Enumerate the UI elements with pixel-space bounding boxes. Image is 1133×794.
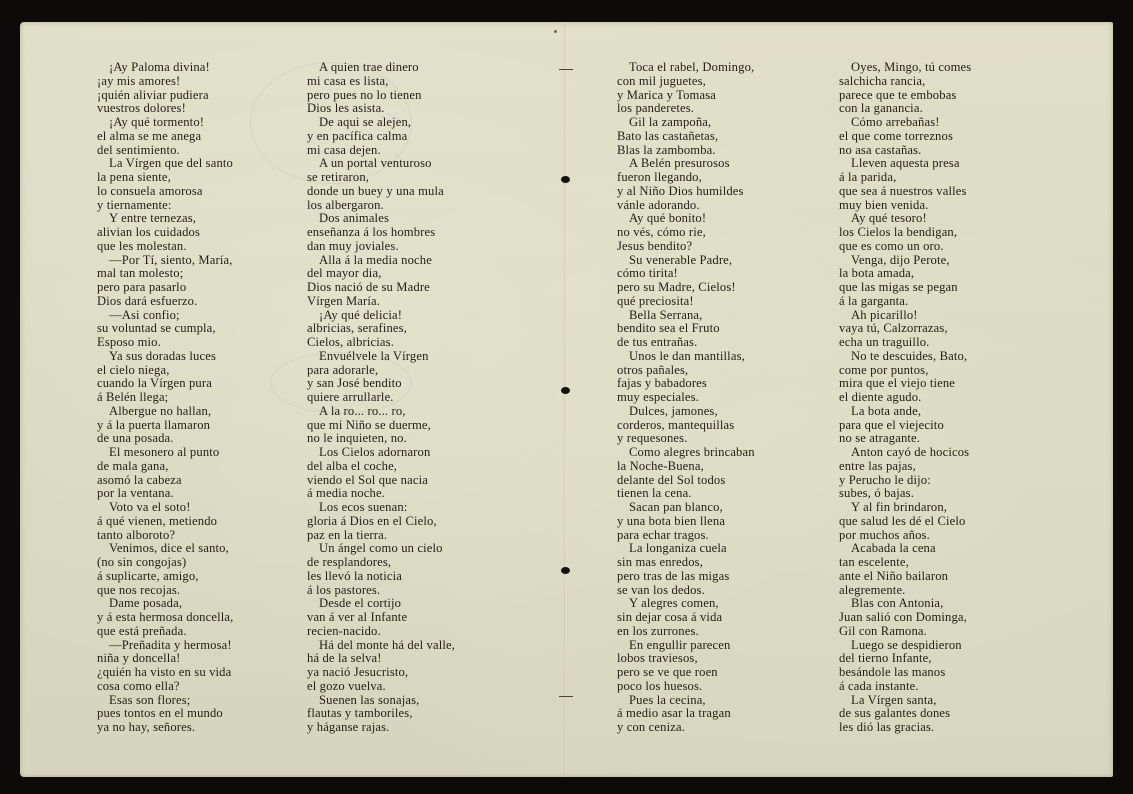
verse-line: á cada instante. xyxy=(839,680,971,694)
verse-line: el diente agudo. xyxy=(839,391,971,405)
verse-line: pero se ve que roen xyxy=(617,666,755,680)
verse-column-2: A quien trae dineromi casa es lista,pero… xyxy=(307,61,455,735)
verse-line: alegremente. xyxy=(839,584,971,598)
verse-line: no vés, cómo rie, xyxy=(617,226,755,240)
verse-line: que está preñada. xyxy=(97,625,233,639)
verse-line: alivian los cuidados xyxy=(97,226,233,240)
verse-line: albricias, serafines, xyxy=(307,322,455,336)
verse-line: por la ventana. xyxy=(97,487,233,501)
verse-line: y una bota bien llena xyxy=(617,515,755,529)
paper-sheet: ¡Ay Paloma divina!¡ay mis amores!¡quién … xyxy=(20,22,1113,777)
verse-line: Su venerable Padre, xyxy=(617,254,755,268)
verse-line: que las migas se pegan xyxy=(839,281,971,295)
verse-line: fueron llegando, xyxy=(617,171,755,185)
verse-line: no se atragante. xyxy=(839,432,971,446)
verse-line: En engullir parecen xyxy=(617,639,755,653)
verse-line: donde un buey y una mula xyxy=(307,185,455,199)
verse-line: parece que te embobas xyxy=(839,89,971,103)
verse-line: mal tan molesto; xyxy=(97,267,233,281)
center-fold xyxy=(564,22,566,777)
verse-line: Blas con Antonia, xyxy=(839,597,971,611)
fold-mark xyxy=(559,69,573,70)
verse-line: que sea á nuestros valles xyxy=(839,185,971,199)
verse-line: ¿quién ha visto en su vida xyxy=(97,666,233,680)
verse-line: mi casa dejen. xyxy=(307,144,455,158)
verse-line: de mala gana, xyxy=(97,460,233,474)
verse-line: los panderetes. xyxy=(617,102,755,116)
verse-line: Luego se despidieron xyxy=(839,639,971,653)
verse-line: No te descuides, Bato, xyxy=(839,350,971,364)
verse-line: del tierno Infante, xyxy=(839,652,971,666)
verse-line: y en pacífica calma xyxy=(307,130,455,144)
verse-line: ¡Ay Paloma divina! xyxy=(97,61,233,75)
verse-line: paz en la tierra. xyxy=(307,529,455,543)
verse-line: Y alegres comen, xyxy=(617,597,755,611)
verse-line: se retiraron, xyxy=(307,171,455,185)
verse-line: cuando la Vírgen pura xyxy=(97,377,233,391)
verse-line: Gil la zampoña, xyxy=(617,116,755,130)
verse-line: ya no hay, señores. xyxy=(97,721,233,735)
verse-line: Cómo arrebañas! xyxy=(839,116,971,130)
verse-line: la pena siente, xyxy=(97,171,233,185)
verse-line: Oyes, Mingo, tú comes xyxy=(839,61,971,75)
verse-line: Pues la cecina, xyxy=(617,694,755,708)
verse-line: tienen la cena. xyxy=(617,487,755,501)
verse-line: ¡ay mis amores! xyxy=(97,75,233,89)
verse-line: que salud les dé el Cielo xyxy=(839,515,971,529)
verse-line: flautas y tamboriles, xyxy=(307,707,455,721)
verse-line: La longaniza cuela xyxy=(617,542,755,556)
verse-line: Voto va el soto! xyxy=(97,501,233,515)
verse-line: corderos, mantequillas xyxy=(617,419,755,433)
verse-line: en los zurrones. xyxy=(617,625,755,639)
verse-line: pues tontos en el mundo xyxy=(97,707,233,721)
verse-line: que es como un oro. xyxy=(839,240,971,254)
verse-line: —Preñadita y hermosa! xyxy=(97,639,233,653)
verse-line: recien-nacido. xyxy=(307,625,455,639)
verse-line: y san José bendito xyxy=(307,377,455,391)
verse-line: ¡quién aliviar pudiera xyxy=(97,89,233,103)
verse-line: asomó la cabeza xyxy=(97,474,233,488)
verse-line: entre las pajas, xyxy=(839,460,971,474)
verse-line: pero para pasarlo xyxy=(97,281,233,295)
verse-line: lobos traviesos, xyxy=(617,652,755,666)
verse-line: no le inquieten, no. xyxy=(307,432,455,446)
verse-line: Dios nació de su Madre xyxy=(307,281,455,295)
verse-line: Dios les asista. xyxy=(307,102,455,116)
verse-column-4: Oyes, Mingo, tú comessalchicha rancia,pa… xyxy=(839,61,971,735)
verse-line: á la parida, xyxy=(839,171,971,185)
verse-line: Dame posada, xyxy=(97,597,233,611)
verse-line: que nos recojas. xyxy=(97,584,233,598)
verse-line: subes, ó bajas. xyxy=(839,487,971,501)
verse-line: Sacan pan blanco, xyxy=(617,501,755,515)
verse-line: y á esta hermosa doncella, xyxy=(97,611,233,625)
verse-line: Jesus bendito? xyxy=(617,240,755,254)
verse-line: la bota amada, xyxy=(839,267,971,281)
verse-line: Dos animales xyxy=(307,212,455,226)
verse-line: Acabada la cena xyxy=(839,542,971,556)
verse-line: cosa como ella? xyxy=(97,680,233,694)
verse-line: para adorarle, xyxy=(307,364,455,378)
verse-line: su voluntad se cumpla, xyxy=(97,322,233,336)
verse-line: vaya tú, Calzorrazas, xyxy=(839,322,971,336)
verse-line: Ay qué tesoro! xyxy=(839,212,971,226)
verse-line: á suplicarte, amigo, xyxy=(97,570,233,584)
verse-line: Suenen las sonajas, xyxy=(307,694,455,708)
verse-line: y háganse rajas. xyxy=(307,721,455,735)
verse-line: besándole las manos xyxy=(839,666,971,680)
verse-line: del mayor dia, xyxy=(307,267,455,281)
verse-line: ya nació Jesucristo, xyxy=(307,666,455,680)
verse-line: de una posada. xyxy=(97,432,233,446)
verse-column-3: Toca el rabel, Domingo,con mil juguetes,… xyxy=(617,61,755,735)
verse-line: Los ecos suenan: xyxy=(307,501,455,515)
verse-line: Ay qué bonito! xyxy=(617,212,755,226)
verse-line: y Marica y Tomasa xyxy=(617,89,755,103)
verse-line: Como alegres brincaban xyxy=(617,446,755,460)
verse-line: lo consuela amorosa xyxy=(97,185,233,199)
verse-line: Lleven aquesta presa xyxy=(839,157,971,171)
verse-line: pero su Madre, Cielos! xyxy=(617,281,755,295)
verse-line: há de la selva! xyxy=(307,652,455,666)
verse-line: ¡Ay qué tormento! xyxy=(97,116,233,130)
verse-line: bendito sea el Fruto xyxy=(617,322,755,336)
verse-line: dan muy joviales. xyxy=(307,240,455,254)
verse-line: vuestros dolores! xyxy=(97,102,233,116)
verse-line: Esposo mio. xyxy=(97,336,233,350)
binding-hole xyxy=(561,567,570,574)
verse-line: Gil con Ramona. xyxy=(839,625,971,639)
verse-line: —Asi confio; xyxy=(97,309,233,323)
verse-line: Un ángel como un cielo xyxy=(307,542,455,556)
verse-line: Esas son flores; xyxy=(97,694,233,708)
verse-line: Albergue no hallan, xyxy=(97,405,233,419)
verse-line: de tus entrañas. xyxy=(617,336,755,350)
verse-line: Há del monte há del valle, xyxy=(307,639,455,653)
verse-line: Dulces, jamones, xyxy=(617,405,755,419)
verse-line: pero tras de las migas xyxy=(617,570,755,584)
verse-line: otros pañales, xyxy=(617,364,755,378)
verse-line: delante del Sol todos xyxy=(617,474,755,488)
verse-line: del alba el coche, xyxy=(307,460,455,474)
verse-line: se van los dedos. xyxy=(617,584,755,598)
verse-line: Anton cayó de hocicos xyxy=(839,446,971,460)
verse-line: Y al fin brindaron, xyxy=(839,501,971,515)
verse-line: Juan salió con Dominga, xyxy=(839,611,971,625)
verse-line: los Cielos la bendigan, xyxy=(839,226,971,240)
verse-line: á la garganta. xyxy=(839,295,971,309)
verse-line: La Vírgen santa, xyxy=(839,694,971,708)
verse-line: niña y doncella! xyxy=(97,652,233,666)
verse-line: para que el viejecito xyxy=(839,419,971,433)
verse-line: La bota ande, xyxy=(839,405,971,419)
verse-line: Vírgen María. xyxy=(307,295,455,309)
verse-line: Los Cielos adornaron xyxy=(307,446,455,460)
binding-hole xyxy=(561,387,570,394)
verse-line: el cielo niega, xyxy=(97,364,233,378)
verse-line: á Belén llega; xyxy=(97,391,233,405)
verse-line: de sus galantes dones xyxy=(839,707,971,721)
verse-line: Envuélvele la Vírgen xyxy=(307,350,455,364)
verse-line: que mi Niño se duerme, xyxy=(307,419,455,433)
verse-line: Unos le dan mantillas, xyxy=(617,350,755,364)
verse-line: Desde el cortijo xyxy=(307,597,455,611)
verse-line: Dios dará esfuerzo. xyxy=(97,295,233,309)
verse-line: con mil juguetes, xyxy=(617,75,755,89)
verse-line: para echar tragos. xyxy=(617,529,755,543)
verse-line: que les molestan. xyxy=(97,240,233,254)
verse-line: les dió las gracias. xyxy=(839,721,971,735)
verse-line: Bella Serrana, xyxy=(617,309,755,323)
verse-line: La Vírgen que del santo xyxy=(97,157,233,171)
verse-line: fajas y babadores xyxy=(617,377,755,391)
verse-line: Alla á la media noche xyxy=(307,254,455,268)
verse-line: y Perucho le dijo: xyxy=(839,474,971,488)
verse-line: muy especiales. xyxy=(617,391,755,405)
verse-line: con la ganancia. xyxy=(839,102,971,116)
verse-line: sin mas enredos, xyxy=(617,556,755,570)
verse-line: la Noche-Buena, xyxy=(617,460,755,474)
verse-line: muy bien venida. xyxy=(839,199,971,213)
verse-line: salchicha rancia, xyxy=(839,75,971,89)
verse-line: come por puntos, xyxy=(839,364,971,378)
verse-line: no asa castañas. xyxy=(839,144,971,158)
verse-line: De aqui se alejen, xyxy=(307,116,455,130)
verse-line: quiere arrullarle. xyxy=(307,391,455,405)
center-mark xyxy=(554,30,557,33)
verse-line: mira que el viejo tiene xyxy=(839,377,971,391)
verse-line: tan escelente, xyxy=(839,556,971,570)
binding-hole xyxy=(561,176,570,183)
verse-line: ante el Niño bailaron xyxy=(839,570,971,584)
verse-line: de resplandores, xyxy=(307,556,455,570)
verse-line: qué preciosita! xyxy=(617,295,755,309)
verse-line: viendo el Sol que nacia xyxy=(307,474,455,488)
verse-line: —Por Tí, siento, María, xyxy=(97,254,233,268)
verse-line: Toca el rabel, Domingo, xyxy=(617,61,755,75)
verse-line: Cielos, albricias. xyxy=(307,336,455,350)
verse-line: Venga, dijo Perote, xyxy=(839,254,971,268)
verse-line: á medio asar la tragan xyxy=(617,707,755,721)
verse-line: y al Niño Dios humildes xyxy=(617,185,755,199)
verse-line: A un portal venturoso xyxy=(307,157,455,171)
verse-line: Venimos, dice el santo, xyxy=(97,542,233,556)
verse-line: y requesones. xyxy=(617,432,755,446)
verse-line: gloria á Dios en el Cielo, xyxy=(307,515,455,529)
verse-line: poco los huesos. xyxy=(617,680,755,694)
verse-line: ¡Ay qué delicia! xyxy=(307,309,455,323)
verse-line: y tiernamente: xyxy=(97,199,233,213)
verse-line: á media noche. xyxy=(307,487,455,501)
verse-line: Bato las castañetas, xyxy=(617,130,755,144)
verse-line: por muchos años. xyxy=(839,529,971,543)
fold-mark xyxy=(559,696,573,697)
verse-line: van á ver al Infante xyxy=(307,611,455,625)
verse-line: El mesonero al punto xyxy=(97,446,233,460)
verse-line: á los pastores. xyxy=(307,584,455,598)
verse-line: Y entre ternezas, xyxy=(97,212,233,226)
verse-line: Ya sus doradas luces xyxy=(97,350,233,364)
verse-line: A Belén presurosos xyxy=(617,157,755,171)
verse-line: á qué vienen, metiendo xyxy=(97,515,233,529)
verse-line: cómo tirita! xyxy=(617,267,755,281)
verse-line: tanto alboroto? xyxy=(97,529,233,543)
verse-line: (no sin congojas) xyxy=(97,556,233,570)
verse-line: sin dejar cosa á vida xyxy=(617,611,755,625)
verse-line: Blas la zambomba. xyxy=(617,144,755,158)
verse-line: mi casa es lista, xyxy=(307,75,455,89)
verse-line: pero pues no lo tienen xyxy=(307,89,455,103)
verse-line: Ah picarillo! xyxy=(839,309,971,323)
verse-line: enseñanza á los hombres xyxy=(307,226,455,240)
verse-line: el gozo vuelva. xyxy=(307,680,455,694)
verse-line: del sentimiento. xyxy=(97,144,233,158)
verse-line: vánle adorando. xyxy=(617,199,755,213)
verse-line: A quien trae dinero xyxy=(307,61,455,75)
verse-line: A la ro... ro... ro, xyxy=(307,405,455,419)
verse-column-1: ¡Ay Paloma divina!¡ay mis amores!¡quién … xyxy=(97,61,233,735)
verse-line: y á la puerta llamaron xyxy=(97,419,233,433)
verse-line: echa un traguillo. xyxy=(839,336,971,350)
verse-line: el que come torreznos xyxy=(839,130,971,144)
verse-line: el alma se me anega xyxy=(97,130,233,144)
verse-line: los albergaron. xyxy=(307,199,455,213)
verse-line: y con ceniza. xyxy=(617,721,755,735)
verse-line: les llevó la noticia xyxy=(307,570,455,584)
